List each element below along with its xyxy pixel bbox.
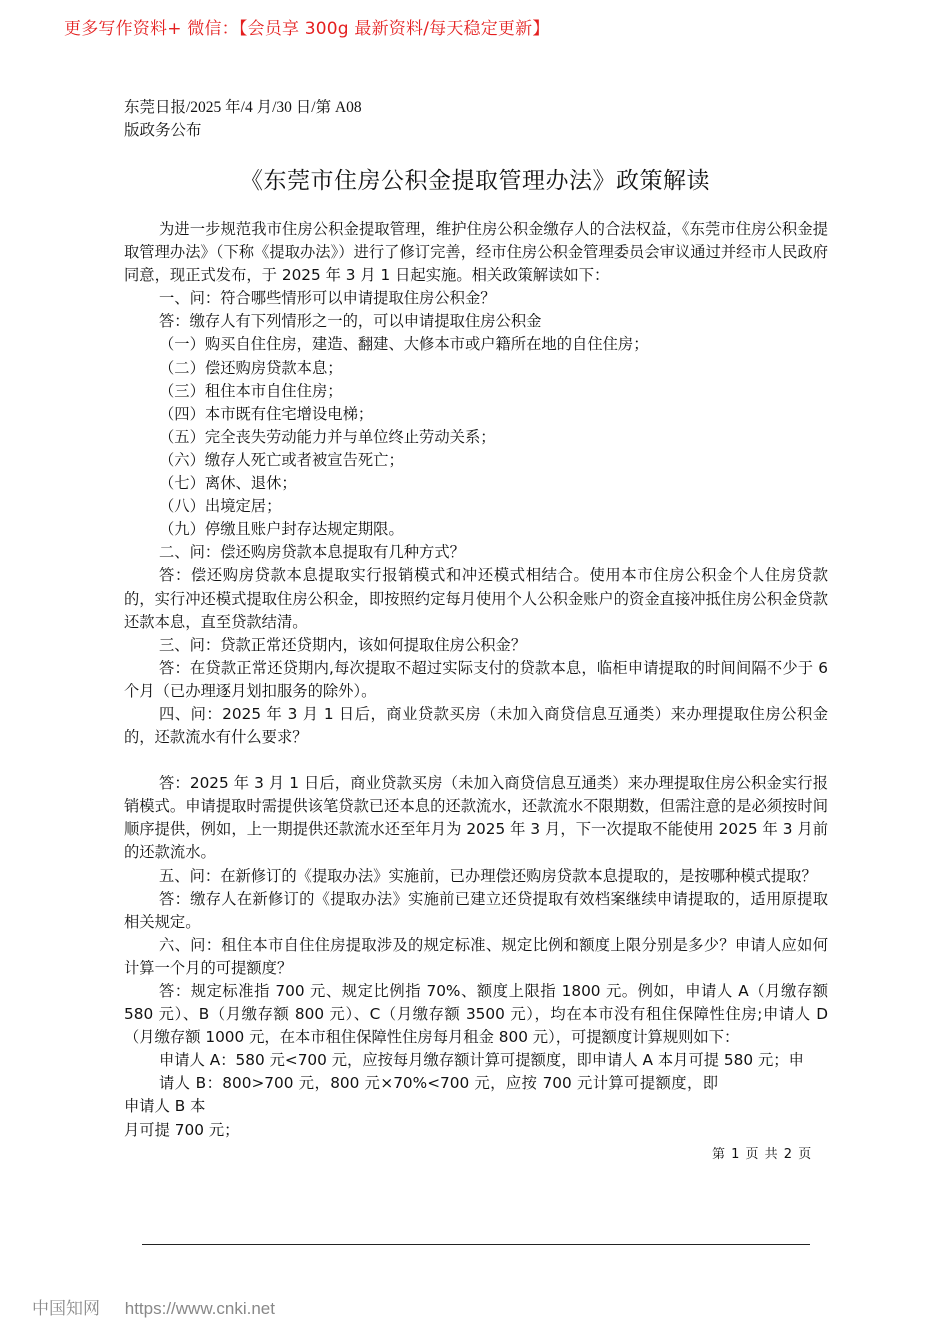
- site-url[interactable]: https://www.cnki.net: [125, 1299, 275, 1318]
- source-line: 版政务公布: [124, 119, 362, 142]
- page-number: 第 1 页 共 2 页: [712, 1143, 812, 1162]
- list-item: （五）完全丧失劳动能力并与单位终止劳动关系；: [124, 426, 828, 449]
- list-item: （八）出境定居；: [124, 495, 828, 518]
- list-item: （九）停缴且账户封存达规定期限。: [124, 518, 828, 541]
- question-3: 三、问：贷款正常还贷期内，该如何提取住房公积金？: [124, 634, 828, 657]
- footer-watermark: 中国知网 https://www.cnki.net: [32, 1294, 275, 1319]
- question-2: 二、问：偿还购房贷款本息提取有几种方式？: [124, 541, 828, 564]
- list-item: （六）缴存人死亡或者被宣告死亡；: [124, 449, 828, 472]
- source-line: 东莞日报/2025 年/4 月/30 日/第 A08: [124, 96, 362, 119]
- site-name: 中国知网: [32, 1299, 100, 1318]
- source-info: 东莞日报/2025 年/4 月/30 日/第 A08 版政务公布: [124, 96, 362, 142]
- document-title: 《东莞市住房公积金提取管理办法》政策解读: [0, 162, 950, 195]
- answer-2: 答：偿还购房贷款本息提取实行报销模式和冲还模式相结合。使用本市住房公积金个人住房…: [124, 564, 828, 633]
- example-a: 申请人 A：580 元<700 元，应按每月缴存额计算可提额度，即申请人 A 本…: [124, 1049, 828, 1072]
- answer-5: 答：缴存人在新修订的《提取办法》实施前已建立还贷提取有效档案继续申请提取的，适用…: [124, 888, 828, 934]
- example-b-tail: 月可提 700 元；: [124, 1119, 828, 1142]
- example-b: 请人 B：800>700 元，800 元×70%<700 元，应按 700 元计…: [124, 1072, 828, 1118]
- question-1: 一、问：符合哪些情形可以申请提取住房公积金？: [124, 287, 828, 310]
- promo-banner: 更多写作资料+ 微信：【会员享 300g 最新资料/每天稳定更新】: [64, 14, 550, 39]
- list-item: （三）租住本市自住住房；: [124, 380, 828, 403]
- list-item: （七）离休、退休；: [124, 472, 828, 495]
- question-4: 四、问：2025 年 3 月 1 日后，商业贷款买房（未加入商贷信息互通类）来办…: [124, 703, 828, 749]
- answer-6: 答：规定标准指 700 元、规定比例指 70%、额度上限指 1800 元。例如，…: [124, 980, 828, 1049]
- page-divider: [142, 1244, 810, 1245]
- list-item: （四）本市既有住宅增设电梯；: [124, 403, 828, 426]
- answer-3: 答：在贷款正常还贷期内,每次提取不超过实际支付的贷款本息，临柜申请提取的时间间隔…: [124, 657, 828, 703]
- answer-4: 答：2025 年 3 月 1 日后，商业贷款买房（未加入商贷信息互通类）来办理提…: [124, 772, 828, 864]
- question-6: 六、问：租住本市自住住房提取涉及的规定标准、规定比例和额度上限分别是多少？申请人…: [124, 934, 828, 980]
- intro-paragraph: 为进一步规范我市住房公积金提取管理，维护住房公积金缴存人的合法权益，《东莞市住房…: [124, 218, 828, 287]
- question-5: 五、问：在新修订的《提取办法》实施前，已办理偿还购房贷款本息提取的，是按哪种模式…: [124, 865, 828, 888]
- document-body: 为进一步规范我市住房公积金提取管理，维护住房公积金缴存人的合法权益，《东莞市住房…: [124, 218, 828, 1142]
- list-item: （一）购买自住住房，建造、翻建、大修本市或户籍所在地的自住住房；: [124, 333, 828, 356]
- answer-1: 答：缴存人有下列情形之一的，可以申请提取住房公积金: [124, 310, 828, 333]
- list-item: （二）偿还购房贷款本息；: [124, 357, 828, 380]
